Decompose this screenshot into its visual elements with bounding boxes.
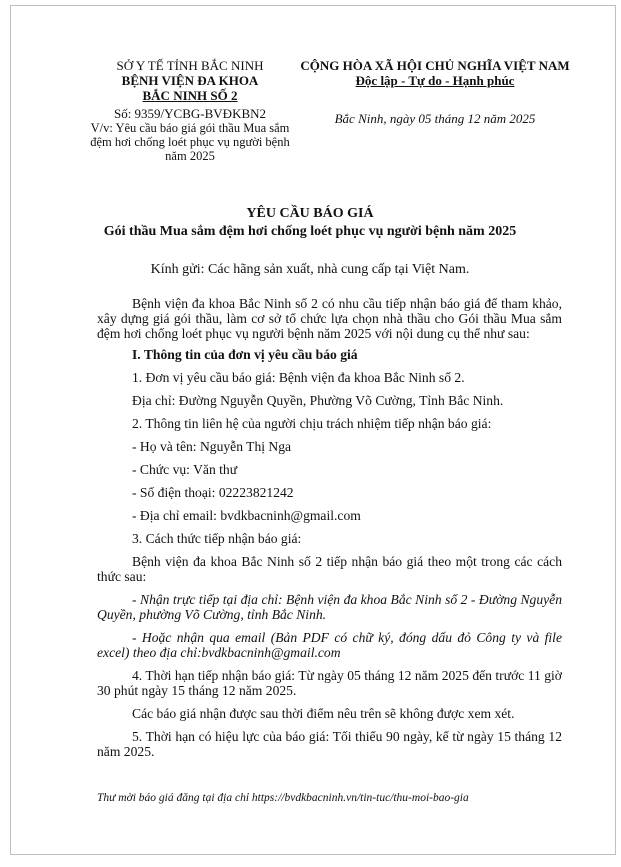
method-email: - Hoặc nhận qua email (Bản PDF có chữ ký… bbox=[97, 630, 562, 660]
contact-phone: - Số điện thoại: 02223821242 bbox=[97, 485, 562, 500]
contact-position: - Chức vụ: Văn thư bbox=[97, 462, 562, 477]
document-title: YÊU CẦU BÁO GIÁ Gói thầu Mua sắm đệm hơi… bbox=[60, 205, 560, 241]
contact-info-heading: 2. Thông tin liên hệ của người chịu trác… bbox=[97, 416, 562, 431]
contact-email: - Địa chỉ email: bvdkbacninh@gmail.com bbox=[97, 508, 562, 523]
submission-deadline: 4. Thời hạn tiếp nhận báo giá: Từ ngày 0… bbox=[97, 668, 562, 698]
method-direct: - Nhận trực tiếp tại địa chỉ: Bệnh viện … bbox=[97, 592, 562, 622]
agency-name: SỞ Y TẾ TỈNH BẮC NINH bbox=[80, 58, 300, 73]
document-body: Bệnh viện đa khoa Bắc Ninh số 2 có nhu c… bbox=[97, 296, 562, 767]
receiving-methods-intro: Bệnh viện đa khoa Bắc Ninh số 2 tiếp nhậ… bbox=[97, 554, 562, 584]
nation-title: CỘNG HÒA XÃ HỘI CHỦ NGHĨA VIỆT NAM bbox=[290, 58, 580, 73]
hospital-name-line1: BỆNH VIỆN ĐA KHOA bbox=[80, 73, 300, 88]
footer-note: Thư mời báo giá đăng tại địa chỉ https:/… bbox=[97, 792, 469, 804]
greeting: Kính gửi: Các hãng sản xuất, nhà cung cấ… bbox=[60, 262, 560, 278]
title-sub: Gói thầu Mua sắm đệm hơi chống loét phục… bbox=[60, 223, 560, 241]
intro-paragraph: Bệnh viện đa khoa Bắc Ninh số 2 có nhu c… bbox=[97, 296, 562, 341]
receiving-method-heading: 3. Cách thức tiếp nhận báo giá: bbox=[97, 531, 562, 546]
document-subject: V/v: Yêu cầu báo giá gói thầu Mua sắm đệ… bbox=[80, 121, 300, 163]
late-submission-note: Các báo giá nhận được sau thời điểm nêu … bbox=[97, 706, 562, 721]
quote-validity: 5. Thời hạn có hiệu lực của báo giá: Tối… bbox=[97, 729, 562, 759]
issuing-agency-header: SỞ Y TẾ TỈNH BẮC NINH BỆNH VIỆN ĐA KHOA … bbox=[80, 58, 300, 163]
contact-name: - Họ và tên: Nguyễn Thị Nga bbox=[97, 439, 562, 454]
unit-address: Địa chỉ: Đường Nguyễn Quyền, Phường Võ C… bbox=[97, 393, 562, 408]
place-and-date: Bắc Ninh, ngày 05 tháng 12 năm 2025 bbox=[290, 111, 580, 126]
national-motto: Độc lập - Tự do - Hạnh phúc bbox=[290, 73, 580, 88]
national-header: CỘNG HÒA XÃ HỘI CHỦ NGHĨA VIỆT NAM Độc l… bbox=[290, 58, 580, 126]
title-main: YÊU CẦU BÁO GIÁ bbox=[60, 205, 560, 223]
requesting-unit: 1. Đơn vị yêu cầu báo giá: Bệnh viện đa … bbox=[97, 370, 562, 385]
section-heading: I. Thông tin của đơn vị yêu cầu báo giá bbox=[97, 347, 562, 362]
document-number: Số: 9359/YCBG-BVĐKBN2 bbox=[80, 106, 300, 121]
hospital-name-line2: BẮC NINH SỐ 2 bbox=[80, 88, 300, 103]
